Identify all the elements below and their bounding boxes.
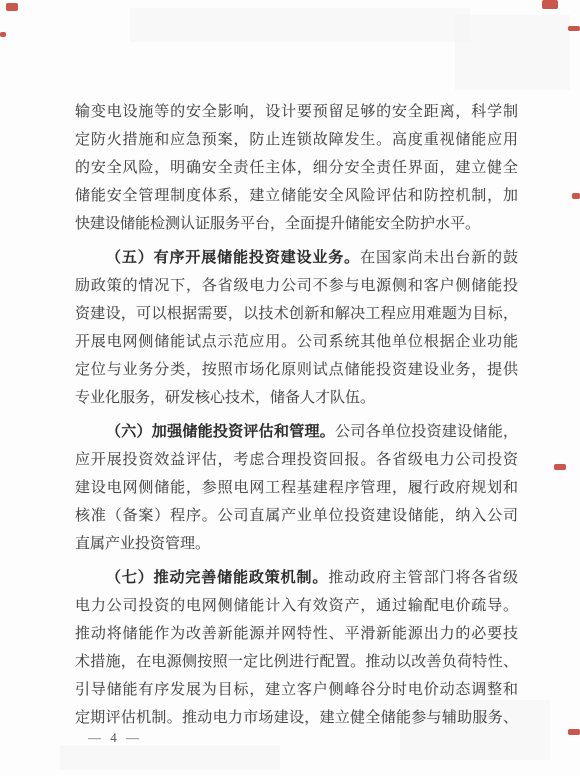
red-scan-mark xyxy=(554,464,566,470)
text-line: 开展电网侧储能试点示范应用。公司系统其他单位根据企业功能 xyxy=(75,328,518,356)
text-line: （六）加强储能投资评估和管理。公司各单位投资建设储能， xyxy=(75,418,518,446)
scan-artifact xyxy=(455,15,570,90)
page-number: — 4 — xyxy=(88,728,142,748)
red-scan-mark xyxy=(542,0,558,9)
text-line: 推动将储能作为改善新能源并网特性、平滑新能源出力的必要技 xyxy=(75,620,518,648)
text-line: 建设电网侧储能，参照电网工程基建程序管理，履行政府规划和 xyxy=(75,474,518,502)
text-line: 输变电设施等的安全影响，设计要预留足够的安全距离，科学制 xyxy=(75,98,518,126)
text-line: 应开展投资效益评估，考虑合理投资回报。各省级电力公司投资 xyxy=(75,446,518,474)
text-line: 电力公司投资的电网侧储能计入有效资产，通过输配电价疏导。 xyxy=(75,592,518,620)
text-line: 定防火措施和应急预案，防止连锁故障发生。高度重视储能应用 xyxy=(75,126,518,154)
text-line: 资建设，可以根据需要，以技术创新和解决工程应用难题为目标， xyxy=(75,300,518,328)
section-heading-rest: 在国家尚未出台新的鼓 xyxy=(360,250,518,266)
paragraph-section-6: （六）加强储能投资评估和管理。公司各单位投资建设储能， 应开展投资效益评估，考虑… xyxy=(75,418,518,558)
text-line: （七）推动完善储能政策机制。推动政府主管部门将各省级 xyxy=(75,564,518,592)
section-heading: （五）有序开展储能投资建设业务。 xyxy=(106,250,360,266)
section-heading-rest: 推动政府主管部门将各省级 xyxy=(328,570,518,586)
text-line: 快建设储能检测认证服务平台，全面提升储能安全防护水平。 xyxy=(75,210,518,238)
red-scan-mark xyxy=(6,3,18,11)
text-line: 定位与业务分类，按照市场化原则试点储能投资建设业务，提供 xyxy=(75,356,518,384)
text-line: 核准（备案）程序。公司直属产业单位投资建设储能，纳入公司 xyxy=(75,502,518,530)
section-heading: （七）推动完善储能政策机制。 xyxy=(106,570,328,586)
text-line: 励政策的情况下，各省级电力公司不参与电源侧和客户侧储能投 xyxy=(75,272,518,300)
scanned-document-page: 输变电设施等的安全影响，设计要预留足够的安全距离，科学制 定防火措施和应急预案，… xyxy=(75,98,518,732)
section-heading-rest: 公司各单位投资建设储能， xyxy=(335,424,518,440)
text-line: 的安全风险，明确安全责任主体，细分安全责任界面，建立健全 xyxy=(75,154,518,182)
red-scan-mark xyxy=(572,193,580,199)
text-line: 直属产业投资管理。 xyxy=(75,530,518,558)
section-heading: （六）加强储能投资评估和管理。 xyxy=(106,424,335,440)
red-scan-mark xyxy=(568,26,580,31)
red-scan-mark xyxy=(568,729,580,735)
paragraph-section-5: （五）有序开展储能投资建设业务。在国家尚未出台新的鼓 励政策的情况下，各省级电力… xyxy=(75,244,518,412)
text-line: 术措施，在电源侧按照一定比例进行配置。推动以改善负荷特性、 xyxy=(75,648,518,676)
scan-artifact xyxy=(130,8,470,42)
scan-artifact xyxy=(60,745,280,770)
red-scan-mark xyxy=(0,32,6,37)
text-line: 专业化服务，研发核心技术，储备人才队伍。 xyxy=(75,384,518,412)
text-line: （五）有序开展储能投资建设业务。在国家尚未出台新的鼓 xyxy=(75,244,518,272)
paragraph-safety-continued: 输变电设施等的安全影响，设计要预留足够的安全距离，科学制 定防火措施和应急预案，… xyxy=(75,98,518,238)
text-line: 储能安全管理制度体系，建立储能安全风险评估和防控机制，加 xyxy=(75,182,518,210)
text-line: 引导储能有序发展为目标，建立客户侧峰谷分时电价动态调整和 xyxy=(75,676,518,704)
paragraph-section-7: （七）推动完善储能政策机制。推动政府主管部门将各省级 电力公司投资的电网侧储能计… xyxy=(75,564,518,732)
